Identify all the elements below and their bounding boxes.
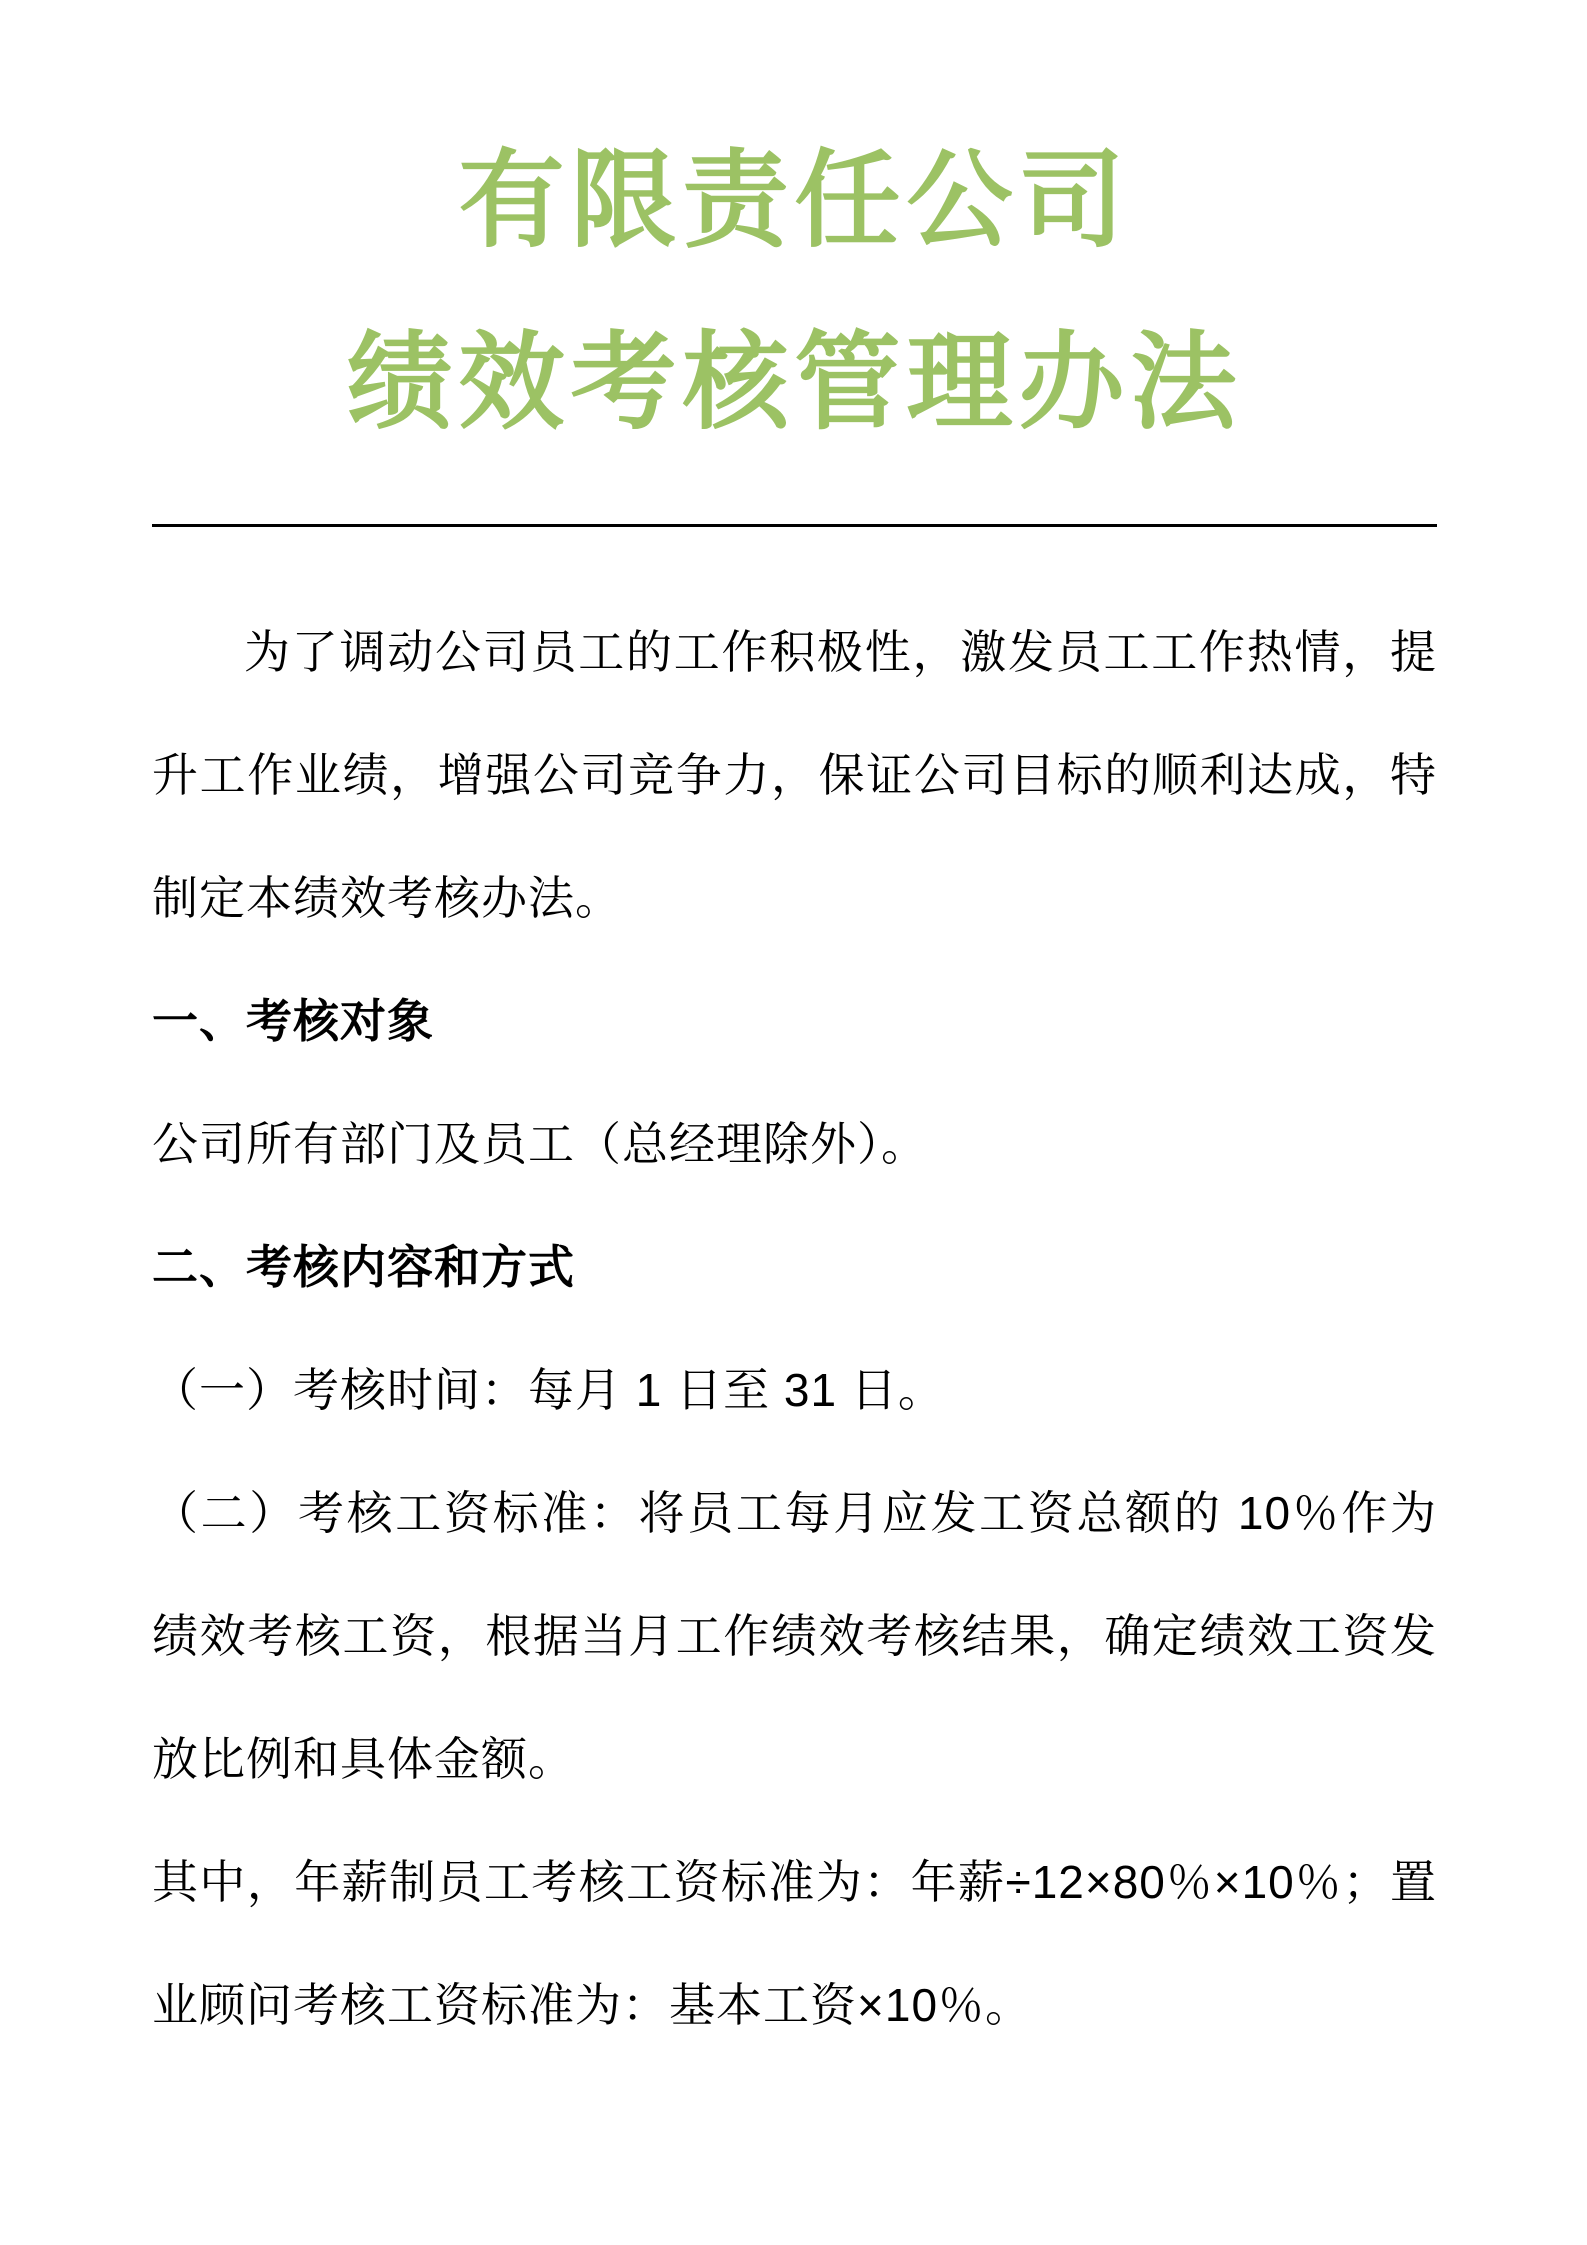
title-line-2: 绩效考核管理办法 bbox=[152, 292, 1437, 474]
document-page: 有限责任公司 绩效考核管理办法 为了调动公司员工的工作积极性，激发员工工作热情，… bbox=[0, 0, 1587, 2245]
section-1-paragraph-1: 公司所有部门及员工（总经理除外）。 bbox=[152, 1083, 1437, 1206]
section-2-heading: 二、考核内容和方式 bbox=[152, 1206, 1437, 1329]
section-2-paragraph-2: （二）考核工资标准：将员工每月应发工资总额的 10％作为绩效考核工资，根据当月工… bbox=[152, 1452, 1437, 1821]
document-title: 有限责任公司 绩效考核管理办法 bbox=[152, 110, 1437, 474]
section-1-heading: 一、考核对象 bbox=[152, 960, 1437, 1083]
intro-paragraph: 为了调动公司员工的工作积极性，激发员工工作热情，提升工作业绩，增强公司竞争力，保… bbox=[152, 591, 1437, 960]
section-2-paragraph-1: （一）考核时间：每月 1 日至 31 日。 bbox=[152, 1329, 1437, 1452]
title-line-1: 有限责任公司 bbox=[152, 110, 1437, 292]
section-2-paragraph-3: 其中，年薪制员工考核工资标准为：年薪÷12×80％×10％；置业顾问考核工资标准… bbox=[152, 1821, 1437, 2067]
title-divider bbox=[152, 524, 1437, 527]
